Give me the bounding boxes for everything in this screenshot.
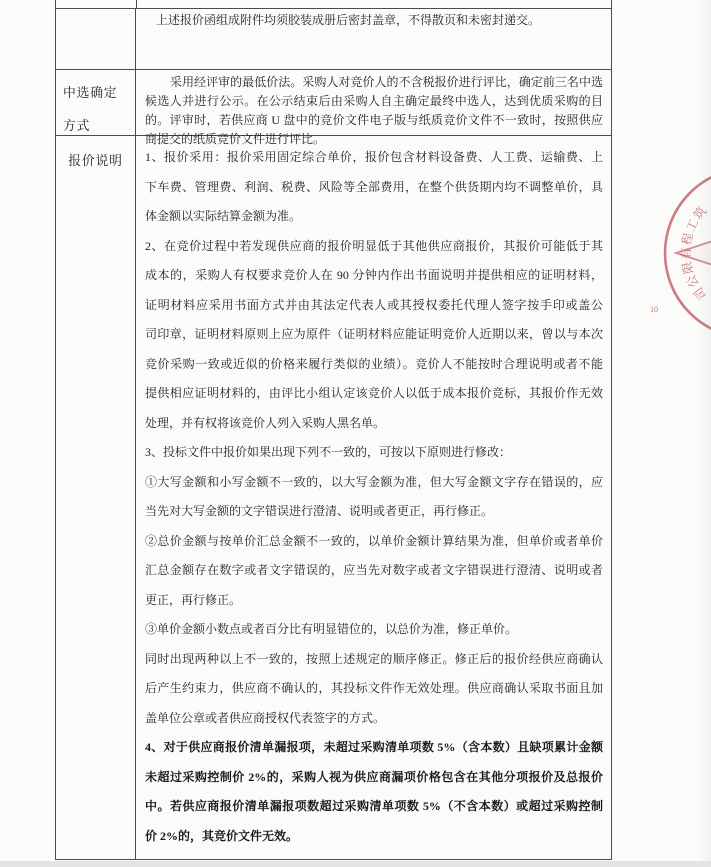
text-line: ③单价金额小数点或者百分比有明显错位的，以总价为准，修正单价。 (145, 615, 603, 645)
text-line: 汇总金额存在数字或者文字错误的，应当先对数字或者文字错误进行澄清、说明或者 (145, 556, 603, 586)
text-line: 竞价采购一致或近似的价格来履行类似的业绩）。竞价人不能按时合理说明或者不能 (145, 350, 603, 380)
row-binding-note: 上述报价函组成附件均须胶装成册后密封盖章，不得散页和未密封递交。 (56, 9, 611, 70)
text-line: 成本的，采购人有权要求竞价人在 90 分钟内作出书面说明并提供相应的证明材料， (145, 261, 603, 291)
text-line: 候选人并进行公示。在公示结束后由采购人自主确定最终中选人，达到优质采购的目 (145, 92, 603, 111)
text-line: ①大写金额和小写金额不一致的，以大写金额为准，但大写金额文字存在错误的，应 (145, 468, 603, 498)
text-line: 处理，并有权将该竞价人列入采购人黑名单。 (145, 409, 603, 439)
page-bottom-edge (0, 861, 711, 867)
row-selection-method: 中选确定方式 采用经评审的最低价法。采购人对竞价人的不含税报价进行评比，确定前三… (56, 70, 611, 136)
row-label: 报价说明 (56, 136, 136, 859)
seal-number: 10 (650, 305, 658, 314)
row-label: 中选确定方式 (56, 70, 136, 135)
text-line: 盖单位公章或者供应商授权代表签字的方式。 (145, 704, 603, 734)
text-line: 下车费、管理费、利润、税费、风险等全部费用，在整个供货期内均不调整单价，具 (145, 173, 603, 203)
text-line: 体金额以实际结算金额为准。 (145, 202, 603, 232)
text-line: 4、对于供应商报价清单漏报项，未超过采购清单项数 5%（含本数）且缺项累计金额 (145, 733, 603, 763)
text-line: ②总价金额与按单价汇总金额不一致的，以单价金额计算结果为准，但单价或者单价 (145, 527, 603, 557)
text-line: 上述报价函组成附件均须胶装成册后密封盖章，不得散页和未密封递交。 (145, 11, 603, 30)
text-line: 中。若供应商报价清单漏报项数超过采购清单项数 5%（不含本数）或超过采购控制 (145, 792, 603, 822)
text-line: 更正，再行修正。 (145, 586, 603, 616)
row-content: 上述报价函组成附件均须胶装成册后密封盖章，不得散页和未密封递交。 (136, 9, 611, 69)
text-line: 当先对大写金额的文字错误进行澄清、说明或者更正，再行修正。 (145, 497, 603, 527)
text-line: 后产生约束力，供应商不确认的，其投标文件作无效处理。供应商确认采取书面且加 (145, 674, 603, 704)
text-line: 证明材料应采用书面方式并由其法定代表人或其授权委托代理人签字按手印或盖公 (145, 291, 603, 321)
row-label (56, 9, 136, 69)
text-line: 未超过采购控制价 2%的，采购人视为供应商漏项价格包含在其他分项报价及总报价 (145, 763, 603, 793)
text-line: 2、在竞价过程中若发现供应商的报价明显低于其他供应商报价，其报价可能低于其 (145, 232, 603, 262)
row-content: 采用经评审的最低价法。采购人对竞价人的不含税报价进行评比，确定前三名中选候选人并… (136, 70, 611, 135)
text-line: 的。评审时，若供应商 U 盘中的竞价文件电子版与纸质竞价文件不一致时，按照供应 (145, 111, 603, 130)
text-line: 司印章，证明材料原则上应为原件（证明材料应能证明竞价人近期以来，曾以与本次 (145, 320, 603, 350)
text-line: 采用经评审的最低价法。采购人对竞价人的不含税报价进行评比，确定前三名中选 (145, 73, 603, 92)
row-price-notes: 报价说明 1、报价采用：报价采用固定综合单价，报价包含材料设备费、人工费、运输费… (56, 136, 611, 859)
text-line: 3、投标文件中报价如果出现下列不一致的，可按以下原则进行修改： (145, 438, 603, 468)
text-line: 提供相应证明材料的，由评比小组认定该竞价人以低于成本报价竞标，其报价作无效 (145, 379, 603, 409)
page-edge-shadow (698, 0, 711, 867)
text-line: 同时出现两种以上不一致的，按照上述规定的顺序修正。修正后的报价经供应商确认 (145, 645, 603, 675)
procurement-table: 上述报价函组成附件均须胶装成册后密封盖章，不得散页和未密封递交。 中选确定方式 … (55, 8, 612, 860)
row-content: 1、报价采用：报价采用固定综合单价，报价包含材料设备费、人工费、运输费、上下车费… (136, 136, 611, 859)
text-line: 1、报价采用：报价采用固定综合单价，报价包含材料设备费、人工费、运输费、上 (145, 143, 603, 173)
text-line: 价 2%的，其竞价文件无效。 (145, 822, 603, 852)
